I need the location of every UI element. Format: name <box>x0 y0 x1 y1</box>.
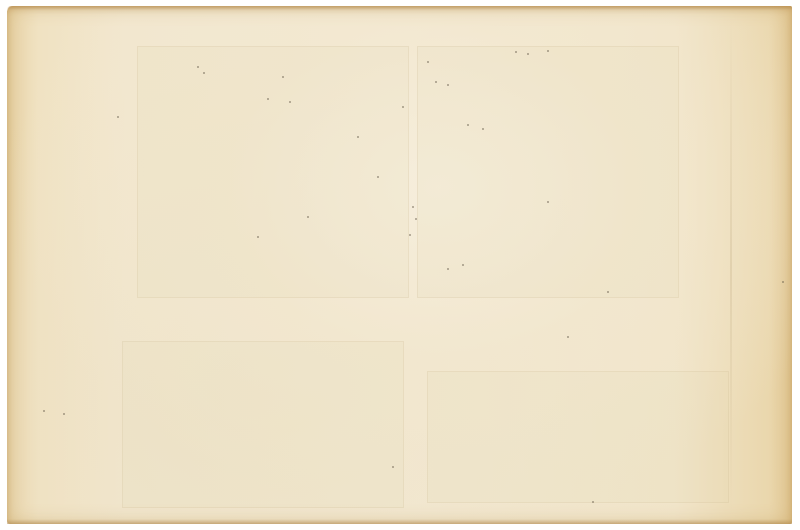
paper-bottom-edge <box>7 519 792 524</box>
paper-speck <box>63 413 65 415</box>
faint-plate-mark-right <box>417 46 679 298</box>
paper-speck <box>435 81 437 83</box>
paper-speck <box>467 124 469 126</box>
paper-speck <box>447 268 449 270</box>
paper-speck <box>117 116 119 118</box>
paper-speck <box>482 128 484 130</box>
paper-speck <box>447 84 449 86</box>
paper-speck <box>43 410 45 412</box>
paper-speck <box>515 51 517 53</box>
paper-speck <box>527 53 529 55</box>
paper-speck <box>567 336 569 338</box>
paper-speck <box>409 234 411 236</box>
paper-speck <box>462 264 464 266</box>
faint-plate-mark-bottom-right <box>427 371 729 503</box>
paper-speck <box>607 291 609 293</box>
paper-speck <box>282 76 284 78</box>
paper-speck <box>782 281 784 283</box>
aged-paper-sheet <box>7 6 792 524</box>
paper-speck <box>357 136 359 138</box>
paper-speck <box>592 501 594 503</box>
paper-top-edge <box>7 6 792 10</box>
paper-speck <box>392 466 394 468</box>
paper-speck <box>257 236 259 238</box>
paper-speck <box>307 216 309 218</box>
paper-speck <box>412 206 414 208</box>
paper-speck <box>289 101 291 103</box>
paper-speck <box>415 218 417 220</box>
paper-speck <box>547 201 549 203</box>
paper-speck <box>197 66 199 68</box>
paper-speck <box>377 176 379 178</box>
paper-speck <box>427 61 429 63</box>
faint-plate-mark-left <box>137 46 409 298</box>
paper-crease <box>730 16 732 516</box>
paper-speck <box>267 98 269 100</box>
paper-speck <box>547 50 549 52</box>
paper-speck <box>402 106 404 108</box>
faint-plate-mark-bottom-left <box>122 341 404 508</box>
paper-speck <box>203 72 205 74</box>
